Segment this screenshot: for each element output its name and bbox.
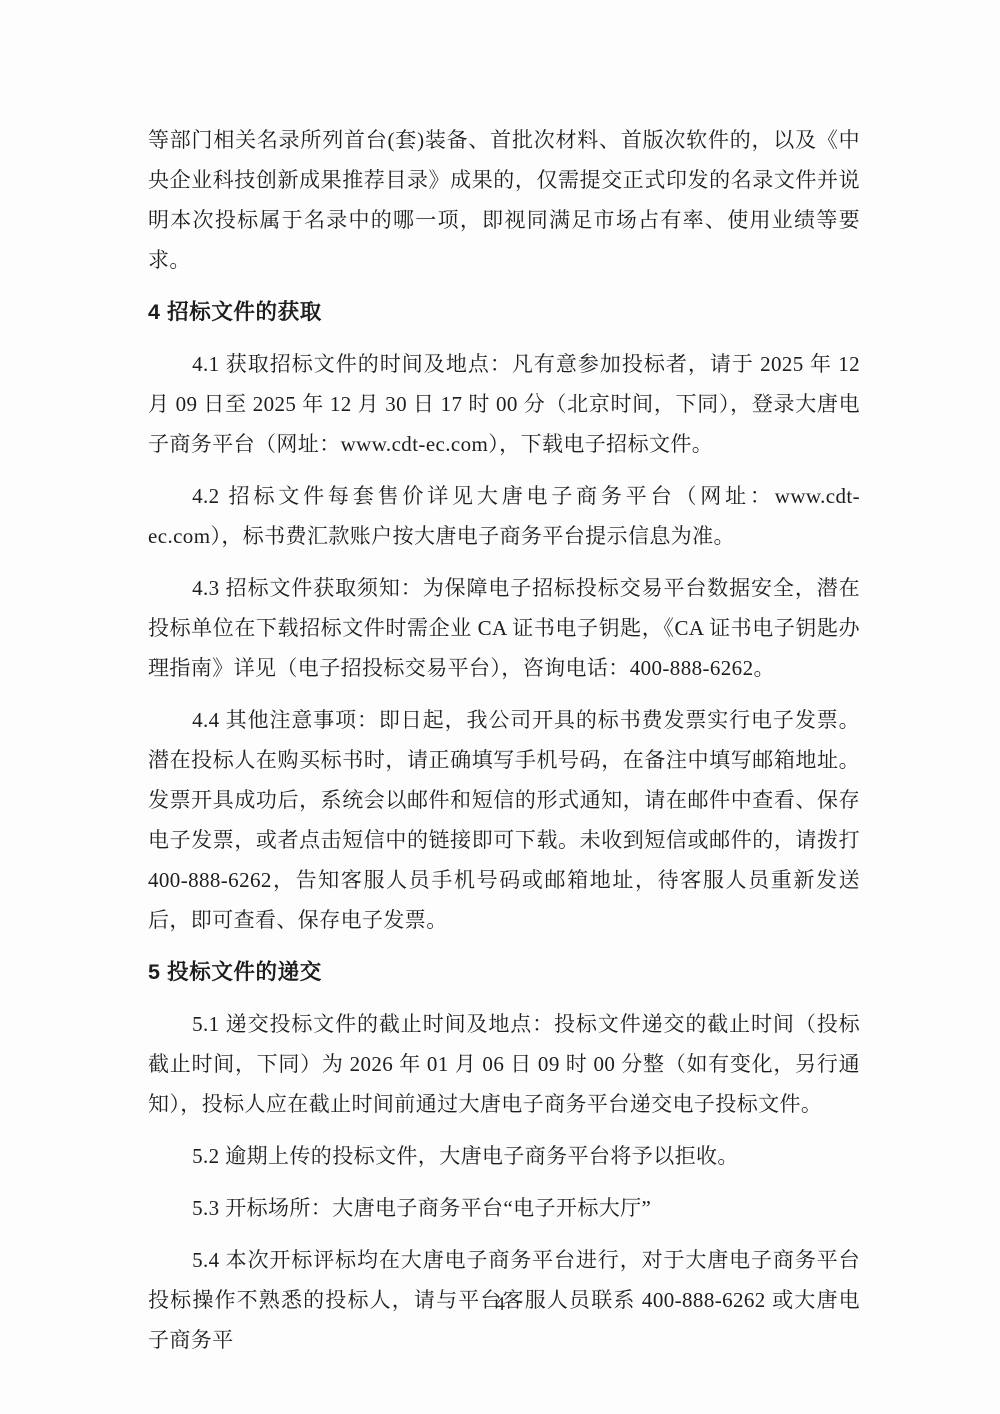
clause-4-4: 4.4 其他注意事项：即日起，我公司开具的标书费发票实行电子发票。潜在投标人在购… xyxy=(148,700,860,940)
section-5-heading: 5 投标文件的递交 xyxy=(148,952,860,992)
clause-4-3: 4.3 招标文件获取须知：为保障电子招标投标交易平台数据安全，潜在投标单位在下载… xyxy=(148,568,860,688)
clause-5-2: 5.2 逾期上传的投标文件，大唐电子商务平台将予以拒收。 xyxy=(148,1136,860,1176)
clause-4-2: 4.2 招标文件每套售价详见大唐电子商务平台（网址：www.cdt-ec.com… xyxy=(148,476,860,556)
clause-4-1: 4.1 获取招标文件的时间及地点：凡有意参加投标者，请于 2025 年 12 月… xyxy=(148,344,860,464)
page-number: 4 xyxy=(0,1290,1000,1318)
clause-5-1: 5.1 递交投标文件的截止时间及地点：投标文件递交的截止时间（投标截止时间，下同… xyxy=(148,1004,860,1124)
document-page: 等部门相关名录所列首台(套)装备、首批次材料、首版次软件的，以及《中央企业科技创… xyxy=(0,0,1000,1414)
paragraph-continuation: 等部门相关名录所列首台(套)装备、首批次材料、首版次软件的，以及《中央企业科技创… xyxy=(148,120,860,280)
section-4-heading: 4 招标文件的获取 xyxy=(148,292,860,332)
clause-5-3: 5.3 开标场所：大唐电子商务平台“电子开标大厅” xyxy=(148,1188,860,1228)
